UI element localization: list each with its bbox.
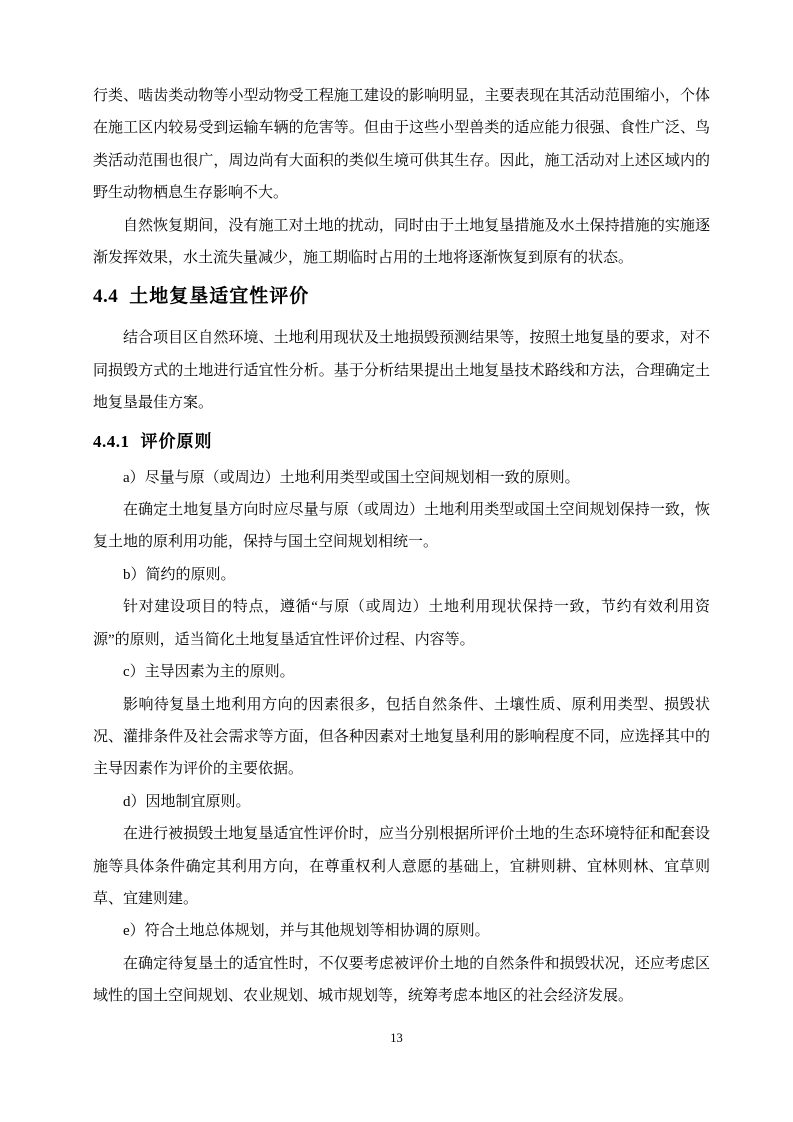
page-content: 行类、啮齿类动物等小型动物受工程施工建设的影响明显，主要表现在其活动范围缩小，个…	[93, 80, 710, 1013]
principle-b-title: b）简约的原则。	[93, 559, 710, 591]
paragraph-suitability-intro: 结合项目区自然环境、土地利用现状及土地损毁预测结果等，按照土地复垦的要求，对不同…	[93, 322, 710, 419]
subsection-number: 4.4.1	[93, 432, 130, 451]
section-title: 土地复垦适宜性评价	[129, 286, 309, 307]
principle-e-title: e）符合土地总体规划，并与其他规划等相协调的原则。	[93, 915, 710, 947]
section-number: 4.4	[93, 286, 118, 307]
principle-c-title: c）主导因素为主的原则。	[93, 656, 710, 688]
document-page: 行类、啮齿类动物等小型动物受工程施工建设的影响明显，主要表现在其活动范围缩小，个…	[0, 0, 793, 1122]
section-heading-4-4: 4.4土地复垦适宜性评价	[93, 284, 710, 310]
paragraph-wildlife-impact: 行类、啮齿类动物等小型动物受工程施工建设的影响明显，主要表现在其活动范围缩小，个…	[93, 80, 710, 210]
subsection-title: 评价原则	[141, 432, 213, 451]
page-number: 13	[0, 1030, 793, 1046]
principle-b-detail: 针对建设项目的特点，遵循“与原（或周边）土地利用现状保持一致，节约有效利用资源”…	[93, 591, 710, 656]
principle-d-title: d）因地制宜原则。	[93, 786, 710, 818]
principle-a-detail: 在确定土地复垦方向时应尽量与原（或周边）土地利用类型或国土空间规划保持一致，恢复…	[93, 494, 710, 559]
principle-a-title: a）尽量与原（或周边）土地利用类型或国土空间规划相一致的原则。	[93, 462, 710, 494]
principle-c-detail: 影响待复垦土地利用方向的因素很多，包括自然条件、土壤性质、原利用类型、损毁状况、…	[93, 689, 710, 786]
principle-d-detail: 在进行被损毁土地复垦适宜性评价时，应当分别根据所评价土地的生态环境特征和配套设施…	[93, 818, 710, 915]
subsection-heading-4-4-1: 4.4.1评价原则	[93, 430, 710, 454]
paragraph-natural-recovery: 自然恢复期间，没有施工对土地的扰动，同时由于土地复垦措施及水土保持措施的实施逐渐…	[93, 210, 710, 275]
principle-e-detail: 在确定待复垦土的适宜性时，不仅要考虑被评价土地的自然条件和损毁状况，还应考虑区域…	[93, 948, 710, 1013]
